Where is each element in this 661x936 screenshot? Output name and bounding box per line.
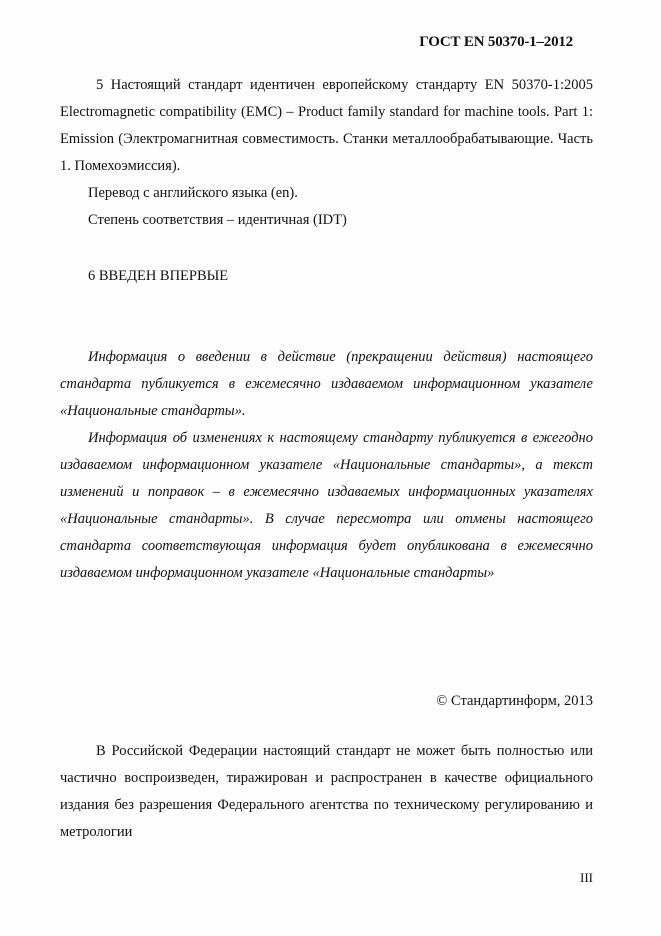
section-6: 6 ВВЕДЕН ВПЕРВЫЕ	[88, 263, 593, 290]
copyright-notice: © Стандартинформ, 2013	[436, 693, 593, 710]
legal-paragraph: В Российской Федерации настоящий стандар…	[60, 738, 593, 846]
section-6-title: 6 ВВЕДЕН ВПЕРВЫЕ	[88, 263, 593, 290]
translation-line: Перевод с английского языка (en).	[88, 180, 593, 207]
section-5: 5 Настоящий стандарт идентичен европейск…	[60, 72, 593, 180]
info-paragraph-1: Информация о введении в действие (прекра…	[60, 344, 593, 425]
legal-notice: В Российской Федерации настоящий стандар…	[60, 738, 593, 846]
document-page: ГОСТ EN 50370-1–2012 5 Настоящий стандар…	[0, 0, 661, 936]
info-paragraph-2: Информация об изменениях к настоящему ст…	[60, 425, 593, 587]
section-5-paragraph: 5 Настоящий стандарт идентичен европейск…	[60, 72, 593, 180]
page-number: III	[580, 870, 593, 886]
document-code-header: ГОСТ EN 50370-1–2012	[419, 34, 573, 51]
conformity-line: Степень соответствия – идентичная (IDT)	[88, 207, 593, 234]
translation-info: Перевод с английского языка (en). Степен…	[88, 180, 593, 234]
info-notice: Информация о введении в действие (прекра…	[60, 344, 593, 587]
